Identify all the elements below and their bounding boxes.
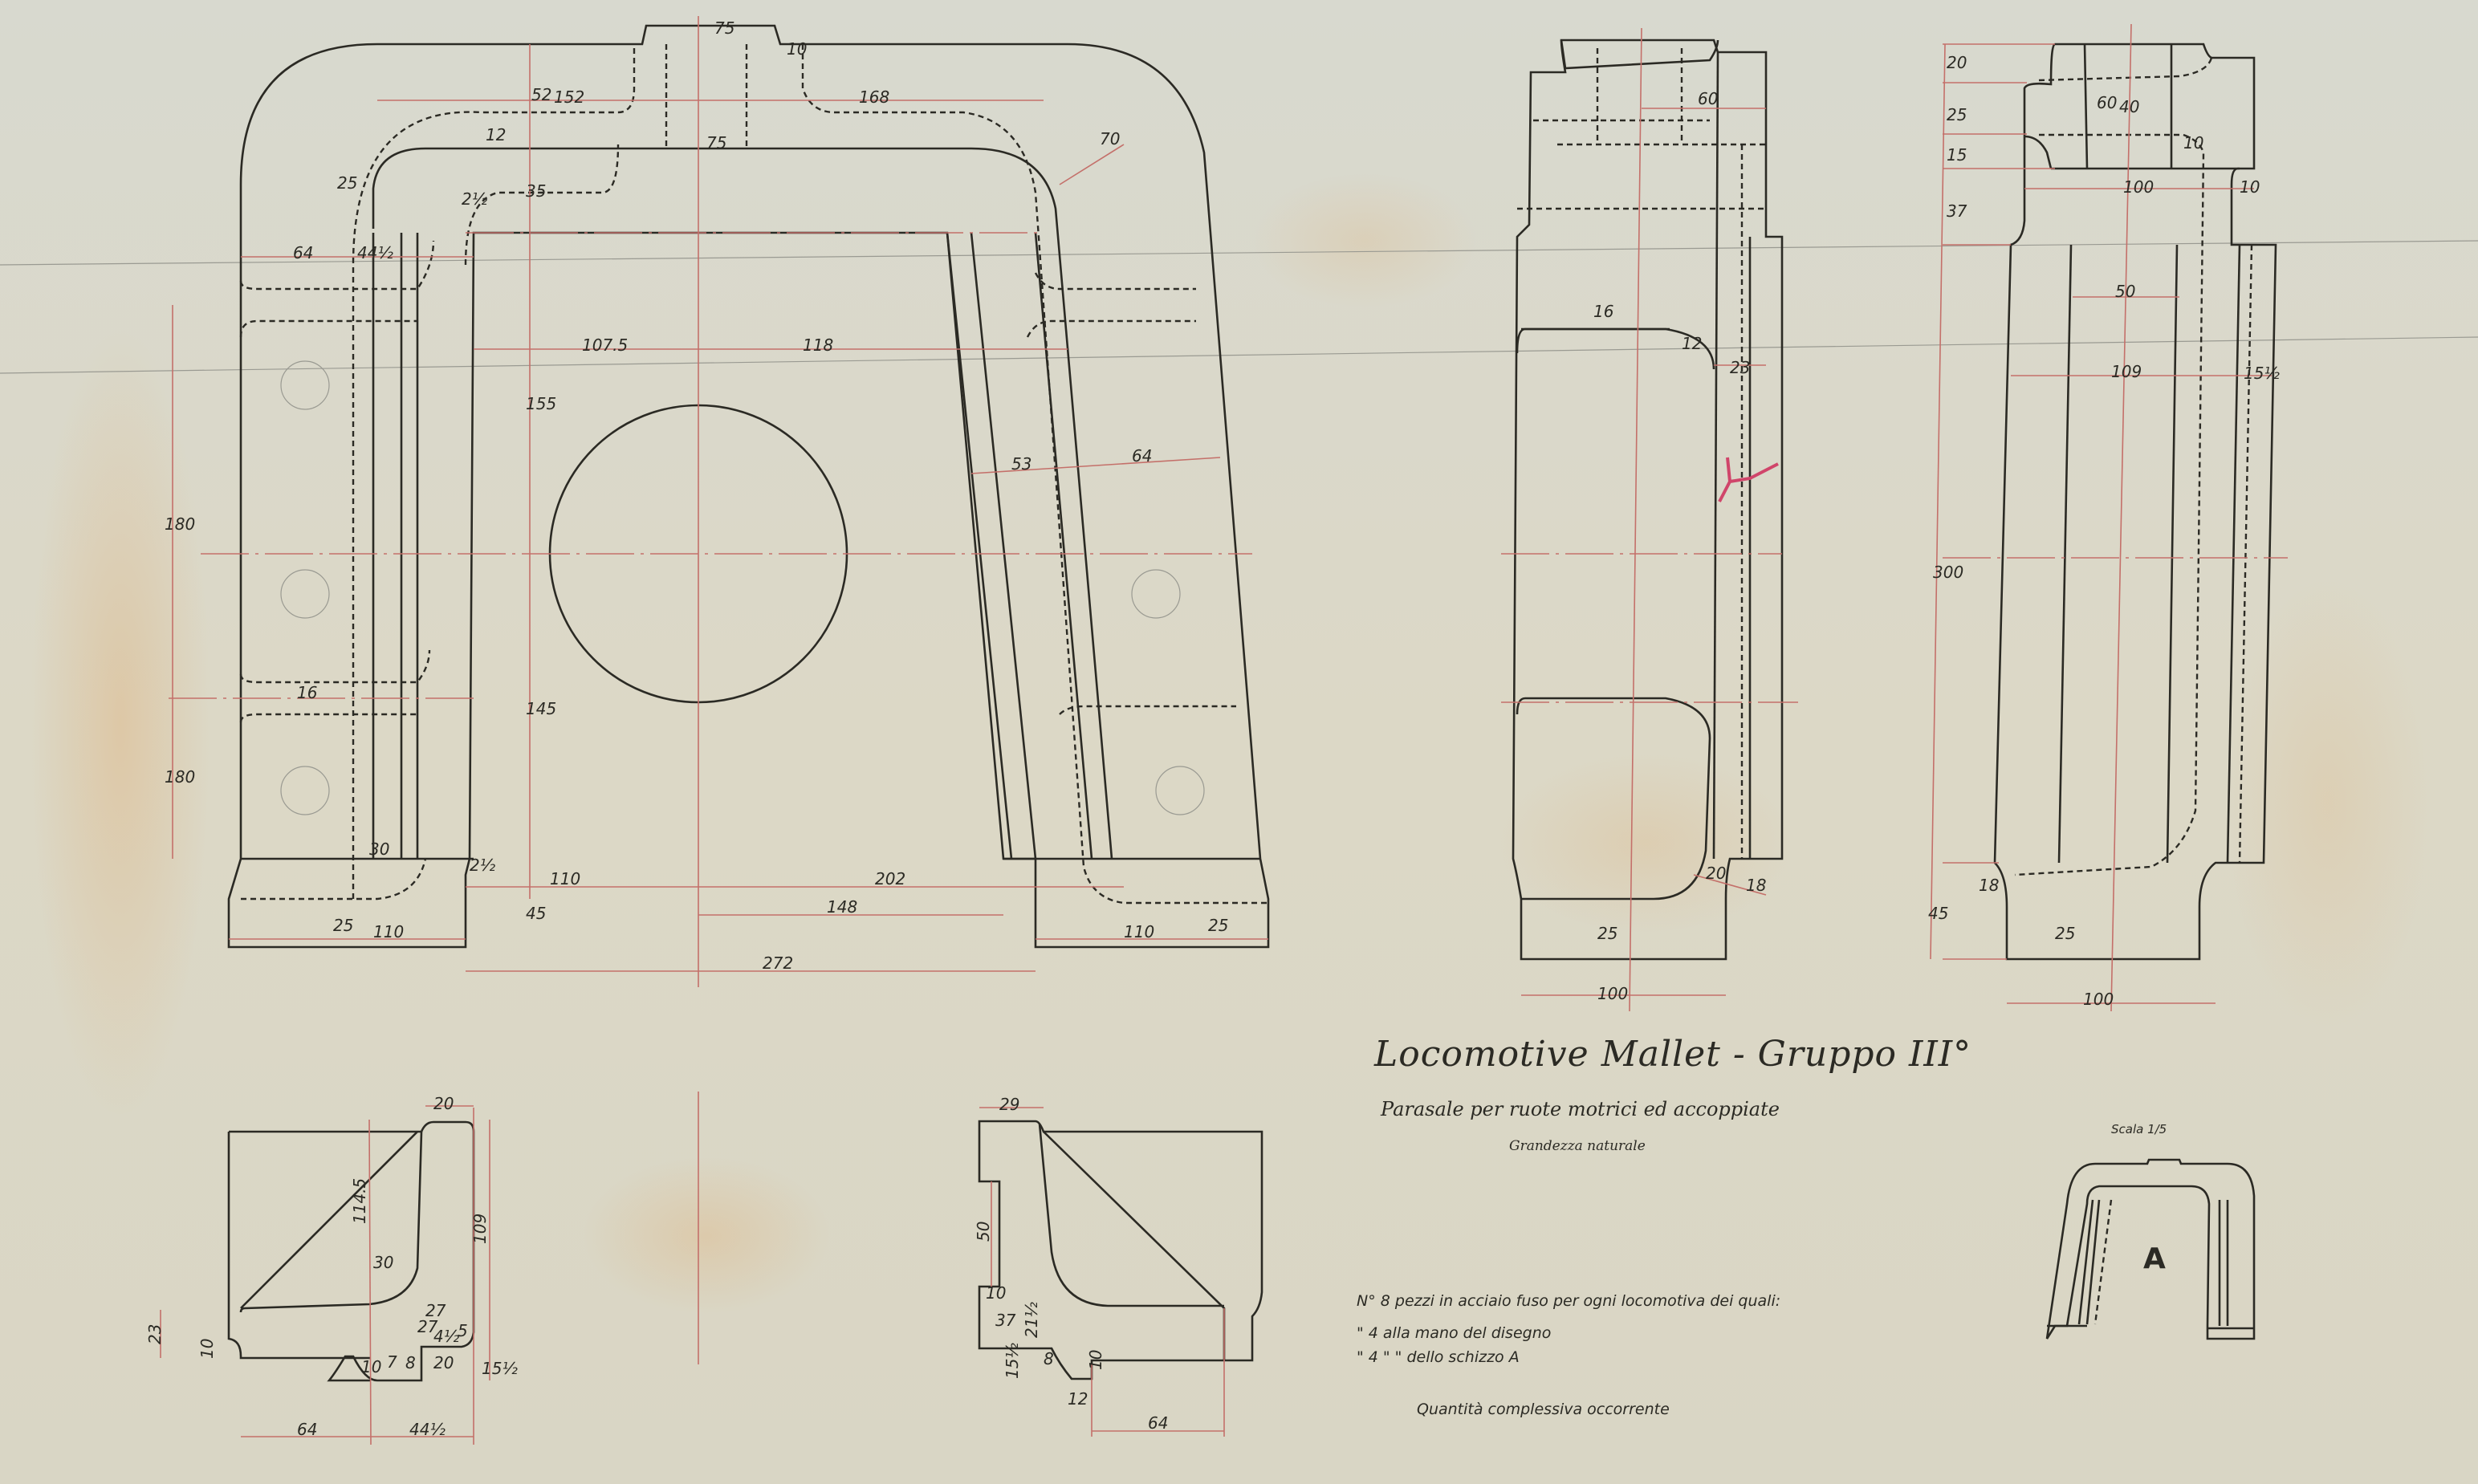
svg-text:272: 272 xyxy=(763,953,793,973)
svg-text:30: 30 xyxy=(373,1253,393,1272)
profile-right-view: 29 50 10 37 21½ 15½ 8 10 12 64 xyxy=(974,1095,1262,1437)
svg-text:50: 50 xyxy=(2115,282,2135,301)
svg-text:75: 75 xyxy=(714,18,734,38)
svg-text:12: 12 xyxy=(1682,334,1702,353)
svg-text:100: 100 xyxy=(2123,177,2154,197)
svg-text:12: 12 xyxy=(1068,1389,1088,1409)
svg-text:100: 100 xyxy=(1597,984,1628,1003)
sketch-a-label: A xyxy=(2143,1242,2166,1275)
svg-text:168: 168 xyxy=(859,87,889,107)
svg-text:15: 15 xyxy=(1947,145,1967,165)
svg-text:5: 5 xyxy=(458,1321,468,1340)
svg-text:16: 16 xyxy=(297,683,317,702)
svg-text:300: 300 xyxy=(1933,563,1963,582)
svg-text:45: 45 xyxy=(526,904,546,923)
svg-text:45: 45 xyxy=(1928,904,1948,923)
svg-text:18: 18 xyxy=(1979,876,1999,895)
svg-text:53: 53 xyxy=(1011,454,1031,474)
svg-text:25: 25 xyxy=(333,916,353,935)
svg-text:10: 10 xyxy=(1086,1350,1105,1370)
svg-text:10: 10 xyxy=(197,1339,217,1359)
svg-text:10: 10 xyxy=(2183,133,2203,152)
drawing-subtitle: Parasale per ruote motrici ed accoppiate xyxy=(1381,1098,1780,1120)
svg-text:15½: 15½ xyxy=(1003,1343,1022,1379)
svg-text:4½: 4½ xyxy=(433,1327,460,1346)
svg-text:10: 10 xyxy=(986,1283,1006,1303)
svg-text:64: 64 xyxy=(1132,446,1152,466)
total-quantity-label: Quantità complessiva occorrente xyxy=(1417,1401,1670,1418)
side-section-2-view: 20 25 15 37 60 40 10 100 10 50 109 15½ 3… xyxy=(1928,24,2288,1011)
svg-text:44½: 44½ xyxy=(409,1420,446,1439)
svg-text:60: 60 xyxy=(1698,89,1718,108)
svg-text:18: 18 xyxy=(1746,876,1766,895)
profile-left-view: 20 114.5 109 30 23 10 27 27 4½ 5 10 7 8 … xyxy=(145,1094,518,1445)
svg-text:16: 16 xyxy=(1593,302,1613,321)
svg-text:64: 64 xyxy=(1148,1413,1168,1433)
svg-text:30: 30 xyxy=(369,840,389,859)
red-inspection-mark xyxy=(1719,457,1778,502)
svg-text:110: 110 xyxy=(550,869,580,888)
svg-text:148: 148 xyxy=(827,897,857,917)
svg-text:110: 110 xyxy=(373,922,404,941)
svg-text:15½: 15½ xyxy=(482,1359,518,1378)
svg-text:180: 180 xyxy=(165,514,195,534)
svg-text:180: 180 xyxy=(165,767,195,787)
svg-text:25: 25 xyxy=(337,173,357,193)
svg-text:15½: 15½ xyxy=(2244,364,2280,383)
technical-drawing-canvas: 75 10 52 152 168 12 75 70 25 2½ 35 64 44… xyxy=(0,0,2478,1484)
fold-line xyxy=(0,337,2478,373)
svg-text:64: 64 xyxy=(297,1420,317,1439)
sketch-scale-label: Scala 1/5 xyxy=(2111,1122,2167,1136)
svg-text:50: 50 xyxy=(974,1222,993,1242)
svg-text:75: 75 xyxy=(706,133,726,152)
svg-text:109: 109 xyxy=(2111,362,2142,381)
quantity-note-line-3: " 4 " " dello schizzo A xyxy=(1357,1348,1520,1366)
svg-text:100: 100 xyxy=(2083,990,2114,1009)
svg-text:10: 10 xyxy=(361,1357,381,1376)
svg-text:8: 8 xyxy=(1044,1349,1054,1368)
svg-text:29: 29 xyxy=(999,1095,1019,1114)
svg-text:114.5: 114.5 xyxy=(350,1178,369,1224)
svg-text:25: 25 xyxy=(2055,924,2075,943)
svg-text:21½: 21½ xyxy=(1022,1302,1041,1338)
svg-text:2½: 2½ xyxy=(462,189,488,209)
svg-text:23: 23 xyxy=(145,1324,165,1344)
svg-text:25: 25 xyxy=(1597,924,1617,943)
svg-text:44½: 44½ xyxy=(357,243,393,262)
svg-text:35: 35 xyxy=(526,181,546,201)
svg-text:10: 10 xyxy=(787,39,807,59)
svg-text:20: 20 xyxy=(1706,864,1726,883)
svg-text:23: 23 xyxy=(1730,358,1750,377)
side-section-1-view: 60 16 12 23 20 18 25 100 xyxy=(1501,28,1798,1011)
svg-text:10: 10 xyxy=(2240,177,2260,197)
svg-text:40: 40 xyxy=(2119,97,2139,116)
svg-text:110: 110 xyxy=(1124,922,1154,941)
svg-text:145: 145 xyxy=(526,699,556,718)
svg-text:25: 25 xyxy=(1947,105,1967,124)
quantity-note-line-1: N° 8 pezzi in acciaio fuso per ogni loco… xyxy=(1357,1292,1780,1310)
svg-text:25: 25 xyxy=(1208,916,1228,935)
drawing-title: Locomotive Mallet - Gruppo III° xyxy=(1374,1034,1971,1075)
svg-text:60: 60 xyxy=(2097,93,2117,112)
svg-text:7: 7 xyxy=(387,1352,397,1372)
svg-text:37: 37 xyxy=(995,1311,1016,1330)
svg-text:20: 20 xyxy=(1947,53,1967,72)
svg-text:12: 12 xyxy=(486,125,506,144)
svg-text:2½: 2½ xyxy=(470,856,496,875)
svg-text:20: 20 xyxy=(433,1094,454,1113)
svg-text:52: 52 xyxy=(531,85,551,104)
svg-text:152: 152 xyxy=(554,87,584,107)
svg-text:202: 202 xyxy=(875,869,905,888)
svg-text:70: 70 xyxy=(1100,129,1120,148)
svg-text:37: 37 xyxy=(1947,201,1967,221)
svg-text:107.5: 107.5 xyxy=(582,335,628,355)
svg-text:8: 8 xyxy=(405,1353,416,1372)
svg-text:118: 118 xyxy=(803,335,833,355)
svg-text:155: 155 xyxy=(526,394,556,413)
svg-text:109: 109 xyxy=(470,1214,490,1244)
quantity-note-line-2: " 4 alla mano del disegno xyxy=(1357,1324,1551,1342)
scale-note: Grandezza naturale xyxy=(1509,1138,1646,1154)
svg-text:20: 20 xyxy=(433,1353,454,1372)
front-elevation-view: 75 10 52 152 168 12 75 70 25 2½ 35 64 44… xyxy=(165,16,1268,987)
svg-text:64: 64 xyxy=(293,243,313,262)
